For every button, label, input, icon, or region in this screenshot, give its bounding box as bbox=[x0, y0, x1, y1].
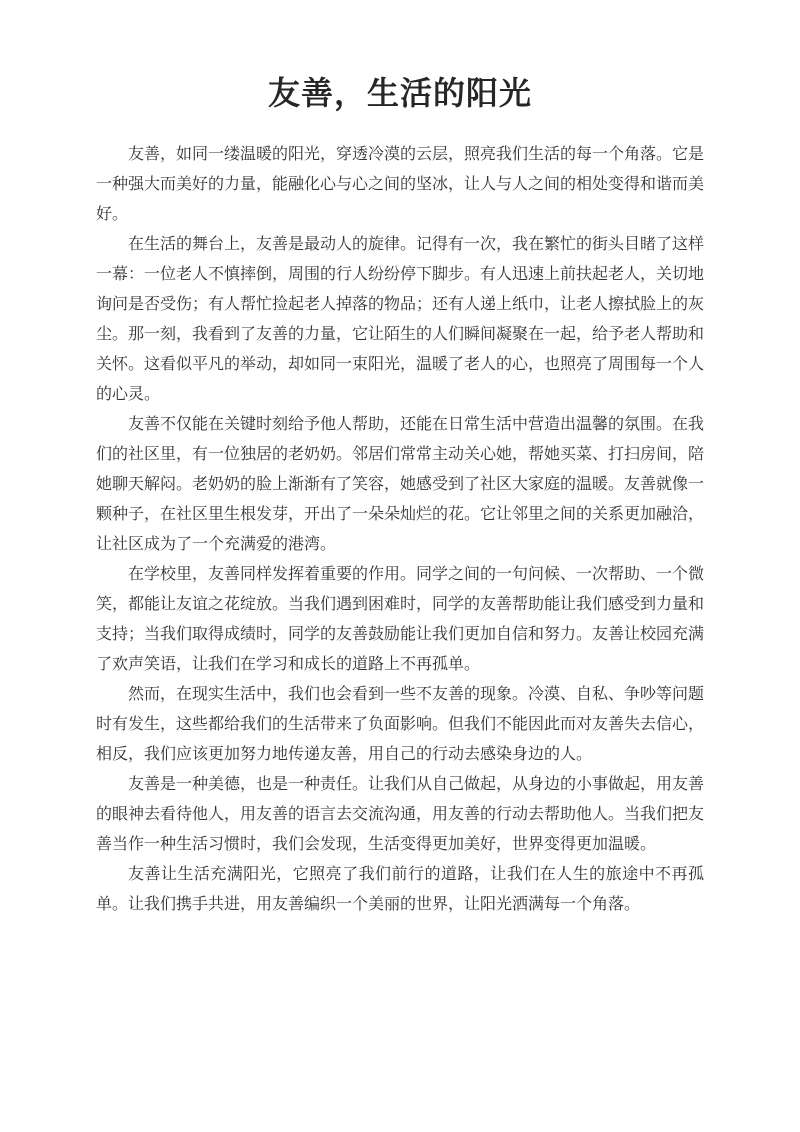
paragraph-virtue-responsibility: 友善是一种美德，也是一种责任。让我们从自己做起，从身边的小事做起，用友善的眼神去… bbox=[96, 770, 704, 860]
paragraph-negative-phenomena: 然而，在现实生活中，我们也会看到一些不友善的现象。冷漠、自私、争吵等问题时有发生… bbox=[96, 680, 704, 770]
document-page: 友善，生活的阳光 友善，如同一缕温暖的阳光，穿透冷漠的云层，照亮我们生活的每一个… bbox=[0, 0, 800, 1132]
paragraph-street-scene: 在生活的舞台上，友善是最动人的旋律。记得有一次，我在繁忙的街头目睹了这样一幕：一… bbox=[96, 230, 704, 410]
paragraph-conclusion: 友善让生活充满阳光，它照亮了我们前行的道路，让我们在人生的旅途中不再孤单。让我们… bbox=[96, 860, 704, 920]
paragraph-school: 在学校里，友善同样发挥着重要的作用。同学之间的一句问候、一次帮助、一个微笑，都能… bbox=[96, 560, 704, 680]
document-body: 友善，如同一缕温暖的阳光，穿透冷漠的云层，照亮我们生活的每一个角落。它是一种强大… bbox=[96, 140, 704, 920]
paragraph-community: 友善不仅能在关键时刻给予他人帮助，还能在日常生活中营造出温馨的氛围。在我们的社区… bbox=[96, 410, 704, 560]
page-title: 友善，生活的阳光 bbox=[0, 70, 800, 116]
paragraph-intro: 友善，如同一缕温暖的阳光，穿透冷漠的云层，照亮我们生活的每一个角落。它是一种强大… bbox=[96, 140, 704, 230]
